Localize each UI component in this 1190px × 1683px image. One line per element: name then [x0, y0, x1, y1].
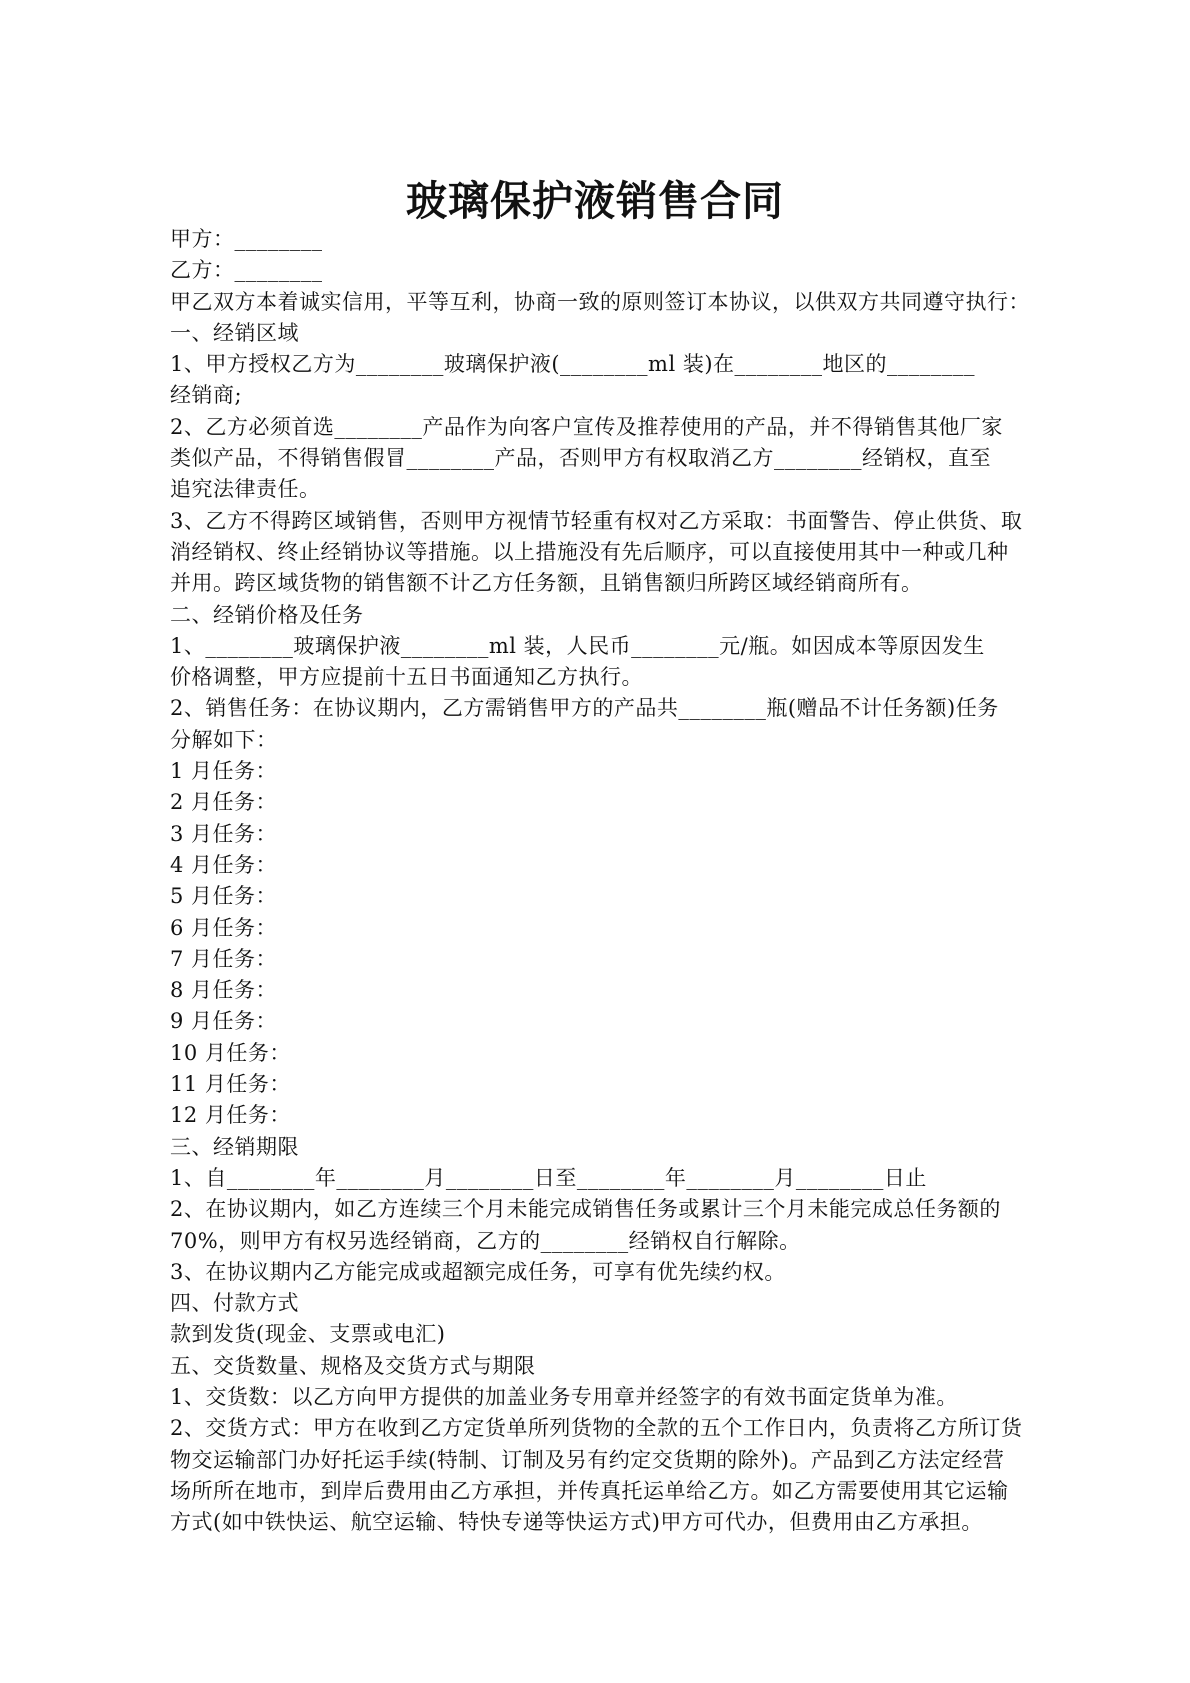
contract-line: 甲方：________: [170, 224, 1042, 255]
contract-line: 并用。跨区域货物的销售额不计乙方任务额，且销售额归所跨区域经销商所有。: [170, 568, 1042, 599]
contract-line: 2、在协议期内，如乙方连续三个月未能完成销售任务或累计三个月未能完成总任务额的: [170, 1194, 1042, 1225]
contract-line: 价格调整，甲方应提前十五日书面通知乙方执行。: [170, 662, 1042, 693]
contract-line: 追究法律责任。: [170, 474, 1042, 505]
contract-line: 3 月任务：: [170, 819, 1042, 850]
contract-line: 8 月任务：: [170, 975, 1042, 1006]
contract-line: 4 月任务：: [170, 850, 1042, 881]
contract-line: 12 月任务：: [170, 1100, 1042, 1131]
contract-line: 类似产品，不得销售假冒________产品，否则甲方有权取消乙方________…: [170, 443, 1042, 474]
contract-line: 6 月任务：: [170, 913, 1042, 944]
contract-line: 10 月任务：: [170, 1038, 1042, 1069]
contract-line: 款到发货(现金、支票或电汇): [170, 1319, 1042, 1350]
contract-line: 1 月任务：: [170, 756, 1042, 787]
contract-line: 方式(如中铁快运、航空运输、特快专递等快运方式)甲方可代办，但费用由乙方承担。: [170, 1507, 1042, 1538]
contract-line: 甲乙双方本着诚实信用，平等互利，协商一致的原则签订本协议，以供双方共同遵守执行：: [170, 287, 1042, 318]
contract-line: 2、销售任务：在协议期内，乙方需销售甲方的产品共________瓶(赠品不计任务…: [170, 693, 1042, 724]
contract-line: 3、在协议期内乙方能完成或超额完成任务，可享有优先续约权。: [170, 1257, 1042, 1288]
contract-line: 场所所在地市，到岸后费用由乙方承担，并传真托运单给乙方。如乙方需要使用其它运输: [170, 1476, 1042, 1507]
contract-line: 三、经销期限: [170, 1132, 1042, 1163]
contract-line: 3、乙方不得跨区域销售，否则甲方视情节轻重有权对乙方采取：书面警告、停止供货、取: [170, 506, 1042, 537]
document-page: 玻璃保护液销售合同 甲方：________乙方：________甲乙双方本着诚实…: [0, 0, 1190, 1683]
contract-line: 11 月任务：: [170, 1069, 1042, 1100]
contract-line: 70%，则甲方有权另选经销商，乙方的________经销权自行解除。: [170, 1226, 1042, 1257]
contract-line: 1、交货数：以乙方向甲方提供的加盖业务专用章并经签字的有效书面定货单为准。: [170, 1382, 1042, 1413]
contract-line: 1、________玻璃保护液________ml 装，人民币________元…: [170, 631, 1042, 662]
contract-line: 二、经销价格及任务: [170, 600, 1042, 631]
contract-line: 消经销权、终止经销协议等措施。以上措施没有先后顺序，可以直接使用其中一种或几种: [170, 537, 1042, 568]
document-title: 玻璃保护液销售合同: [0, 177, 1190, 226]
contract-line: 物交运输部门办好托运手续(特制、订制及另有约定交货期的除外)。产品到乙方法定经营: [170, 1445, 1042, 1476]
contract-line: 2 月任务：: [170, 787, 1042, 818]
contract-line: 7 月任务：: [170, 944, 1042, 975]
contract-line: 分解如下：: [170, 725, 1042, 756]
contract-line: 1、自________年________月________日至________年…: [170, 1163, 1042, 1194]
contract-line: 经销商;: [170, 380, 1042, 411]
contract-line: 五、交货数量、规格及交货方式与期限: [170, 1351, 1042, 1382]
contract-line: 5 月任务：: [170, 881, 1042, 912]
contract-line: 2、交货方式：甲方在收到乙方定货单所列货物的全款的五个工作日内，负责将乙方所订货: [170, 1413, 1042, 1444]
contract-line: 一、经销区域: [170, 318, 1042, 349]
contract-line: 1、甲方授权乙方为________玻璃保护液(________ml 装)在___…: [170, 349, 1042, 380]
contract-line: 四、付款方式: [170, 1288, 1042, 1319]
contract-line: 乙方：________: [170, 255, 1042, 286]
contract-body: 甲方：________乙方：________甲乙双方本着诚实信用，平等互利，协商…: [170, 224, 1042, 1538]
contract-line: 9 月任务：: [170, 1006, 1042, 1037]
contract-line: 2、乙方必须首选________产品作为向客户宣传及推荐使用的产品，并不得销售其…: [170, 412, 1042, 443]
